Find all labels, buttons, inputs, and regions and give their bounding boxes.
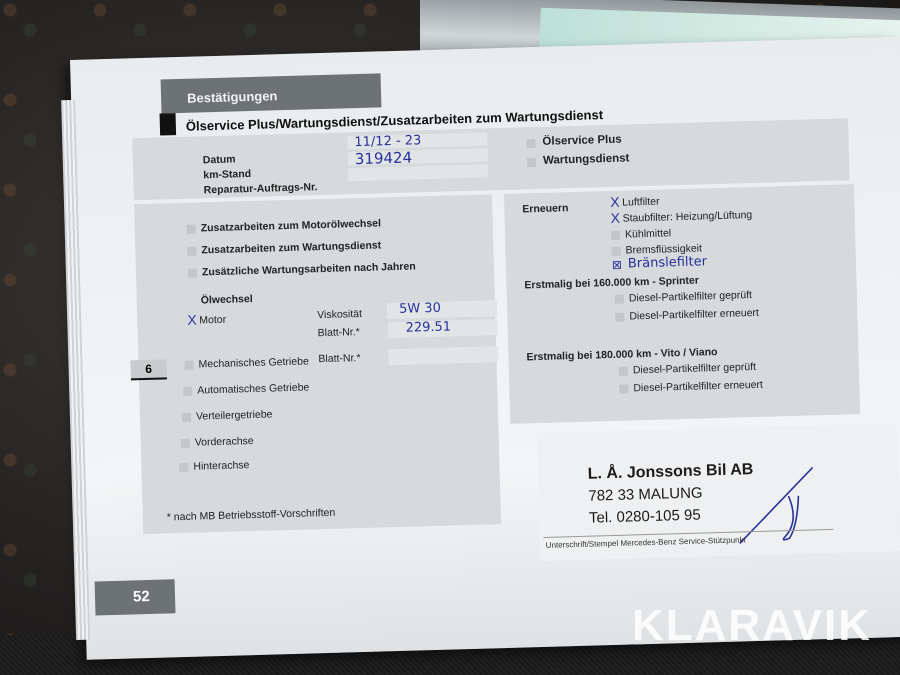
km-stand-value: 319424 bbox=[355, 148, 413, 168]
vito-heading: Erstmalig bei 180.000 km - Vito / Viano bbox=[526, 346, 717, 363]
datum-label: Datum bbox=[203, 153, 236, 166]
blatt-nr-label: Blatt-Nr.* bbox=[318, 326, 360, 339]
staubfilter-check-mark[interactable]: X bbox=[610, 211, 620, 225]
oelwechsel-heading: Ölwechsel bbox=[201, 293, 253, 306]
sprinter-dpf-geprueft-checkbox[interactable] bbox=[615, 295, 624, 304]
label-vorderachse: Vorderachse bbox=[195, 435, 254, 449]
checkbox-wartungsdienst-extra[interactable] bbox=[187, 247, 196, 256]
vito-dpf-erneuert-label: Diesel-Partikelfilter erneuert bbox=[633, 379, 763, 395]
label-motoroelwechsel: Zusatzarbeiten zum Motorölwechsel bbox=[201, 217, 382, 234]
sprinter-dpf-erneuert-checkbox[interactable] bbox=[615, 313, 624, 322]
braenslefilter-check-mark[interactable]: ⊠ bbox=[612, 259, 622, 271]
dealer-stamp-box: L. Å. Jonssons Bil AB 782 33 MALUNG Tel.… bbox=[537, 423, 900, 561]
vito-dpf-erneuert-checkbox[interactable] bbox=[619, 385, 628, 394]
checkbox-vorderachse[interactable] bbox=[181, 439, 190, 448]
label-hinterachse: Hinterachse bbox=[193, 459, 249, 473]
watermark-logo: KLARAVIK bbox=[632, 601, 872, 651]
checkbox-automatisches-getriebe[interactable] bbox=[183, 387, 192, 396]
wartungsdienst-label: Wartungsdienst bbox=[543, 152, 630, 166]
vito-dpf-geprueft-label: Diesel-Partikelfilter geprüft bbox=[633, 361, 756, 376]
page-number: 52 bbox=[95, 579, 176, 615]
wartungsdienst-checkbox[interactable] bbox=[527, 158, 536, 167]
sprinter-heading: Erstmalig bei 160.000 km - Sprinter bbox=[524, 275, 699, 292]
km-stand-label: km-Stand bbox=[203, 168, 251, 181]
side-tab-marker: 6 bbox=[130, 359, 167, 380]
bremsfluessigkeit-checkbox[interactable] bbox=[611, 247, 620, 256]
erneuern-label: Erneuern bbox=[522, 202, 568, 215]
renew-panel: Erneuern X Luftfilter X Staubfilter: Hei… bbox=[504, 184, 860, 424]
luftfilter-label: Luftfilter bbox=[622, 196, 660, 209]
viskositaet-label: Viskosität bbox=[317, 308, 362, 321]
oelservice-plus-label: Ölservice Plus bbox=[542, 134, 622, 148]
section-tab: Bestätigungen bbox=[161, 73, 382, 113]
checkbox-nach-jahren[interactable] bbox=[188, 269, 197, 278]
vito-dpf-geprueft-checkbox[interactable] bbox=[619, 367, 628, 376]
footnote: * nach MB Betriebsstoff-Vorschriften bbox=[167, 507, 336, 524]
sprinter-dpf-geprueft-label: Diesel-Partikelfilter geprüft bbox=[629, 289, 752, 304]
service-booklet: Bestätigungen Ölservice Plus/Wartungsdie… bbox=[70, 37, 900, 660]
sprinter-dpf-erneuert-label: Diesel-Partikelfilter erneuert bbox=[629, 307, 759, 323]
blatt-nr-2-field[interactable] bbox=[388, 346, 498, 365]
dealer-address: 782 33 MALUNG bbox=[588, 485, 703, 505]
viskositaet-value: 5W 30 bbox=[399, 301, 441, 317]
braenslefilter-handwritten: Bränslefilter bbox=[628, 254, 707, 271]
stamp-caption: Unterschrift/Stempel Mercedes-Benz Servi… bbox=[546, 535, 746, 550]
motor-label: Motor bbox=[199, 314, 226, 327]
label-wartungsdienst-extra: Zusatzarbeiten zum Wartungsdienst bbox=[201, 239, 381, 256]
luftfilter-check-mark[interactable]: X bbox=[610, 195, 620, 209]
checkbox-hinterachse[interactable] bbox=[179, 463, 188, 472]
kuehlmittel-label: Kühlmittel bbox=[625, 227, 671, 240]
label-nach-jahren: Zusätzliche Wartungsarbeiten nach Jahren bbox=[202, 260, 416, 278]
staubfilter-label: Staubfilter: Heizung/Lüftung bbox=[622, 209, 752, 225]
checkbox-verteilergetriebe[interactable] bbox=[182, 413, 191, 422]
dealer-phone: Tel. 0280-105 95 bbox=[589, 507, 701, 527]
checkbox-motoroelwechsel[interactable] bbox=[187, 225, 196, 234]
label-automatisches-getriebe: Automatisches Getriebe bbox=[197, 381, 309, 396]
auftrags-nr-label: Reparatur-Auftrags-Nr. bbox=[204, 181, 318, 196]
blatt-nr-2-label: Blatt-Nr.* bbox=[318, 352, 360, 365]
motor-check-mark[interactable]: X bbox=[187, 313, 197, 327]
label-verteilergetriebe: Verteilergetriebe bbox=[196, 408, 273, 422]
title-marker bbox=[160, 113, 177, 135]
oelservice-plus-checkbox[interactable] bbox=[526, 139, 535, 148]
checkbox-mechanisches-getriebe[interactable] bbox=[184, 361, 193, 370]
kuehlmittel-checkbox[interactable] bbox=[611, 231, 620, 240]
extra-work-panel: Zusatzarbeiten zum Motorölwechsel Zusatz… bbox=[134, 194, 501, 534]
label-mechanisches-getriebe: Mechanisches Getriebe bbox=[198, 355, 309, 370]
blatt-nr-value: 229.51 bbox=[405, 319, 451, 335]
